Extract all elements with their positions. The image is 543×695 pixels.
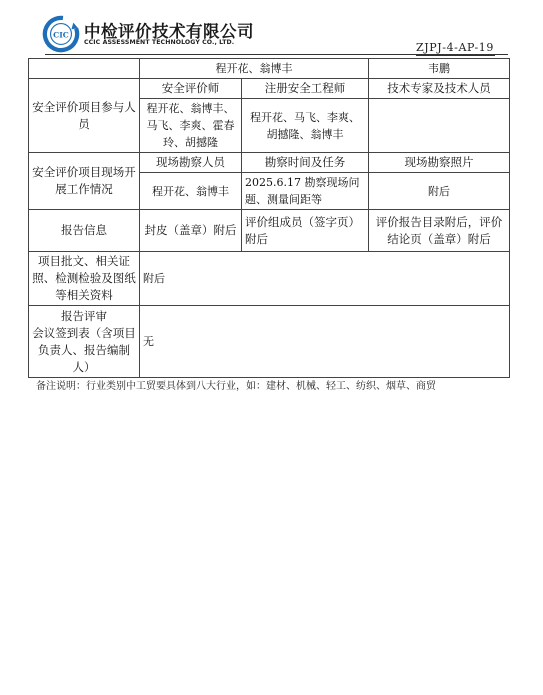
site-photos-value: 附后	[369, 173, 510, 210]
row-top-other: 韦鹏	[369, 59, 510, 79]
header-tech-experts: 技术专家及技术人员	[369, 79, 510, 99]
header-divider	[45, 54, 508, 55]
row-top-members: 程开花、翁博丰	[140, 59, 369, 79]
table-row-site-header: 安全评价项目现场开展工作情况 现场勘察人员 勘察时间及任务 现场勘察照片	[29, 153, 510, 173]
review-label-line1: 报告评审	[32, 308, 136, 325]
header-site-photos: 现场勘察照片	[369, 153, 510, 173]
report-toc-conclusion: 评价报告目录附后，评价结论页（盖章）附后	[369, 210, 510, 252]
review-label-rest: 会议签到表（含项目负责人、报告编制人）	[32, 326, 136, 374]
table-row-top: 程开花、翁博丰 韦鹏	[29, 59, 510, 79]
registered-engineer-names: 程开花、马飞、李爽、胡撼隆、翁博丰	[242, 99, 369, 153]
table-row-report-info: 报告信息 封皮（盖章）附后 评价组成员（签字页）附后 评价报告目录附后，评价结论…	[29, 210, 510, 252]
tech-expert-names	[369, 99, 510, 153]
header-site-personnel: 现场勘察人员	[140, 153, 242, 173]
record-table: 程开花、翁博丰 韦鹏 安全评价项目参与人员 安全评价师 注册安全工程师 技术专家…	[28, 58, 510, 378]
row-top-label	[29, 59, 140, 79]
company-name-en: CCIC ASSESSMENT TECHNOLOGY CO., LTD.	[84, 39, 234, 46]
header-safety-assessor: 安全评价师	[140, 79, 242, 99]
review-value: 无	[140, 306, 510, 378]
site-work-label: 安全评价项目现场开展工作情况	[29, 153, 140, 210]
report-info-label: 报告信息	[29, 210, 140, 252]
documents-label: 项目批文、相关证照、检测检验及图纸等相关资料	[29, 252, 140, 306]
ccic-logo-icon: CIC	[42, 15, 80, 53]
header-survey-time-task: 勘察时间及任务	[242, 153, 369, 173]
documents-value: 附后	[140, 252, 510, 306]
table-row-documents: 项目批文、相关证照、检测检验及图纸等相关资料 附后	[29, 252, 510, 306]
table-row-review: 报告评审会议签到表（含项目负责人、报告编制人） 无	[29, 306, 510, 378]
footnote: 备注说明：行业类别中工贸要具体到八大行业，如：建材、机械、轻工、纺织、烟草、商贸	[36, 377, 436, 392]
participants-label: 安全评价项目参与人员	[29, 79, 140, 153]
site-personnel-names: 程开花、翁博丰	[140, 173, 242, 210]
survey-time-task: 2025.6.17 勘察现场问题、测量间距等	[242, 173, 369, 210]
safety-assessor-names: 程开花、翁博丰、马飞、李爽、霍春玲、胡撼隆	[140, 99, 242, 153]
report-cover: 封皮（盖章）附后	[140, 210, 242, 252]
svg-text:CIC: CIC	[53, 30, 69, 39]
header-registered-engineer: 注册安全工程师	[242, 79, 369, 99]
table-row-participants-header: 安全评价项目参与人员 安全评价师 注册安全工程师 技术专家及技术人员	[29, 79, 510, 99]
review-label: 报告评审会议签到表（含项目负责人、报告编制人）	[29, 306, 140, 378]
report-signature-page: 评价组成员（签字页）附后	[242, 210, 369, 252]
